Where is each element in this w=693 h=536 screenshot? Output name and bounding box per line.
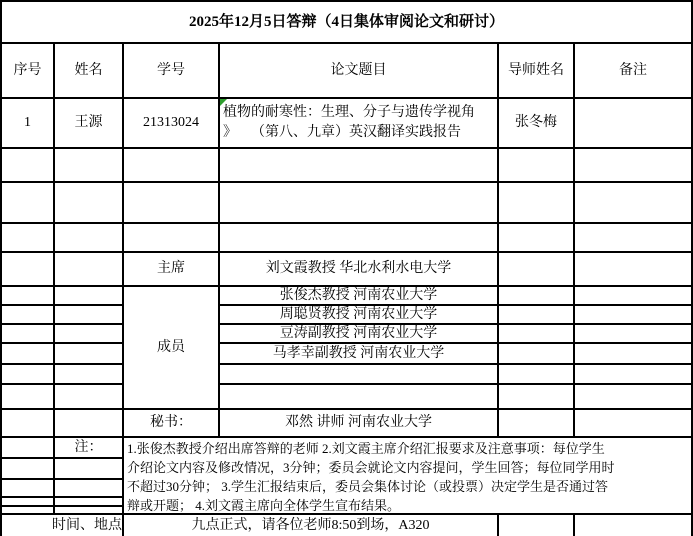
cell-student-id[interactable]: 21313024 (124, 99, 220, 149)
schedule-label-cell[interactable]: 时间、地点 (2, 515, 124, 536)
title-cell[interactable]: 2025年12月5日答辩（4日集体审阅论文和研讨） (2, 2, 693, 44)
note-text-cell[interactable]: 1.张俊杰教授介绍出席答辩的老师 2.刘文霞主席介绍汇报要求及注意事项：每位学生… (124, 438, 693, 515)
schedule-value-cell[interactable]: 九点正式，请各位老师8:50到场，A320 (124, 515, 499, 536)
cell-name[interactable]: 王源 (55, 99, 124, 149)
empty-cell[interactable] (2, 498, 55, 507)
empty-cell[interactable] (575, 253, 693, 287)
empty-cell[interactable] (575, 224, 693, 253)
empty-cell[interactable] (575, 287, 693, 306)
empty-cell[interactable] (499, 365, 575, 385)
note-label-cell[interactable]: 注： (55, 438, 124, 459)
empty-cell[interactable] (575, 149, 693, 183)
empty-cell[interactable] (2, 480, 55, 498)
cell-thesis-title[interactable]: 植物的耐寒性：生理、分子与遗传学视角 》 （第八、九章）英汉翻译实践报告 (220, 99, 499, 149)
empty-cell[interactable] (499, 344, 575, 365)
empty-cell[interactable] (499, 385, 575, 410)
empty-cell[interactable] (575, 325, 693, 344)
empty-cell[interactable] (55, 149, 124, 183)
empty-cell[interactable] (55, 507, 124, 515)
header-advisor[interactable]: 导师姓名 (499, 44, 575, 99)
empty-cell[interactable] (124, 183, 220, 224)
empty-cell[interactable] (2, 507, 55, 515)
secretary-value-cell[interactable]: 邓然 讲师 河南农业大学 (220, 410, 499, 438)
empty-cell[interactable] (2, 306, 55, 325)
member-value-cell[interactable]: 豆涛副教授 河南农业大学 (220, 325, 499, 344)
defense-table: 2025年12月5日答辩（4日集体审阅论文和研讨） 序号 姓名 学号 论文题目 … (0, 0, 693, 536)
empty-cell[interactable] (220, 365, 499, 385)
empty-cell[interactable] (2, 385, 55, 410)
empty-cell[interactable] (220, 385, 499, 410)
chair-label-cell[interactable]: 主席 (124, 253, 220, 287)
empty-cell[interactable] (499, 253, 575, 287)
cell-no[interactable]: 1 (2, 99, 55, 149)
empty-cell[interactable] (499, 515, 575, 536)
empty-cell[interactable] (220, 224, 499, 253)
secretary-label-cell[interactable]: 秘书： (124, 410, 220, 438)
header-thesis-title[interactable]: 论文题目 (220, 44, 499, 99)
empty-cell[interactable] (55, 253, 124, 287)
header-remark[interactable]: 备注 (575, 44, 693, 99)
member-value-cell[interactable]: 张俊杰教授 河南农业大学 (220, 287, 499, 306)
empty-cell[interactable] (124, 149, 220, 183)
empty-cell[interactable] (2, 410, 55, 438)
cell-remark[interactable] (575, 99, 693, 149)
empty-cell[interactable] (55, 498, 124, 507)
empty-cell[interactable] (55, 480, 124, 498)
empty-cell[interactable] (2, 253, 55, 287)
empty-cell[interactable] (55, 344, 124, 365)
empty-cell[interactable] (499, 287, 575, 306)
empty-cell[interactable] (575, 385, 693, 410)
empty-cell[interactable] (55, 287, 124, 306)
empty-cell[interactable] (575, 306, 693, 325)
members-label-cell[interactable]: 成员 (124, 287, 220, 410)
empty-cell[interactable] (2, 459, 55, 480)
empty-cell[interactable] (55, 306, 124, 325)
empty-cell[interactable] (499, 410, 575, 438)
header-name[interactable]: 姓名 (55, 44, 124, 99)
empty-cell[interactable] (575, 183, 693, 224)
header-student-id[interactable]: 学号 (124, 44, 220, 99)
empty-cell[interactable] (2, 325, 55, 344)
empty-cell[interactable] (499, 306, 575, 325)
empty-cell[interactable] (55, 224, 124, 253)
member-value-cell[interactable]: 马孝幸副教授 河南农业大学 (220, 344, 499, 365)
empty-cell[interactable] (124, 224, 220, 253)
empty-cell[interactable] (55, 365, 124, 385)
chair-value-cell[interactable]: 刘文霞教授 华北水利水电大学 (220, 253, 499, 287)
header-no[interactable]: 序号 (2, 44, 55, 99)
empty-cell[interactable] (2, 287, 55, 306)
empty-cell[interactable] (2, 438, 55, 459)
thesis-title-text: 植物的耐寒性：生理、分子与遗传学视角 》 （第八、九章）英汉翻译实践报告 (223, 103, 475, 143)
empty-cell[interactable] (575, 365, 693, 385)
empty-cell[interactable] (55, 385, 124, 410)
error-indicator-icon (220, 99, 227, 106)
empty-cell[interactable] (499, 325, 575, 344)
cell-advisor[interactable]: 张冬梅 (499, 99, 575, 149)
empty-cell[interactable] (55, 410, 124, 438)
empty-cell[interactable] (220, 149, 499, 183)
empty-cell[interactable] (2, 365, 55, 385)
empty-cell[interactable] (220, 183, 499, 224)
empty-cell[interactable] (2, 224, 55, 253)
empty-cell[interactable] (55, 325, 124, 344)
member-value-cell[interactable]: 周聪贤教授 河南农业大学 (220, 306, 499, 325)
empty-cell[interactable] (575, 515, 693, 536)
empty-cell[interactable] (55, 183, 124, 224)
empty-cell[interactable] (575, 410, 693, 438)
empty-cell[interactable] (499, 224, 575, 253)
empty-cell[interactable] (2, 149, 55, 183)
empty-cell[interactable] (2, 344, 55, 365)
empty-cell[interactable] (55, 459, 124, 480)
empty-cell[interactable] (499, 149, 575, 183)
empty-cell[interactable] (2, 183, 55, 224)
empty-cell[interactable] (575, 344, 693, 365)
empty-cell[interactable] (499, 183, 575, 224)
